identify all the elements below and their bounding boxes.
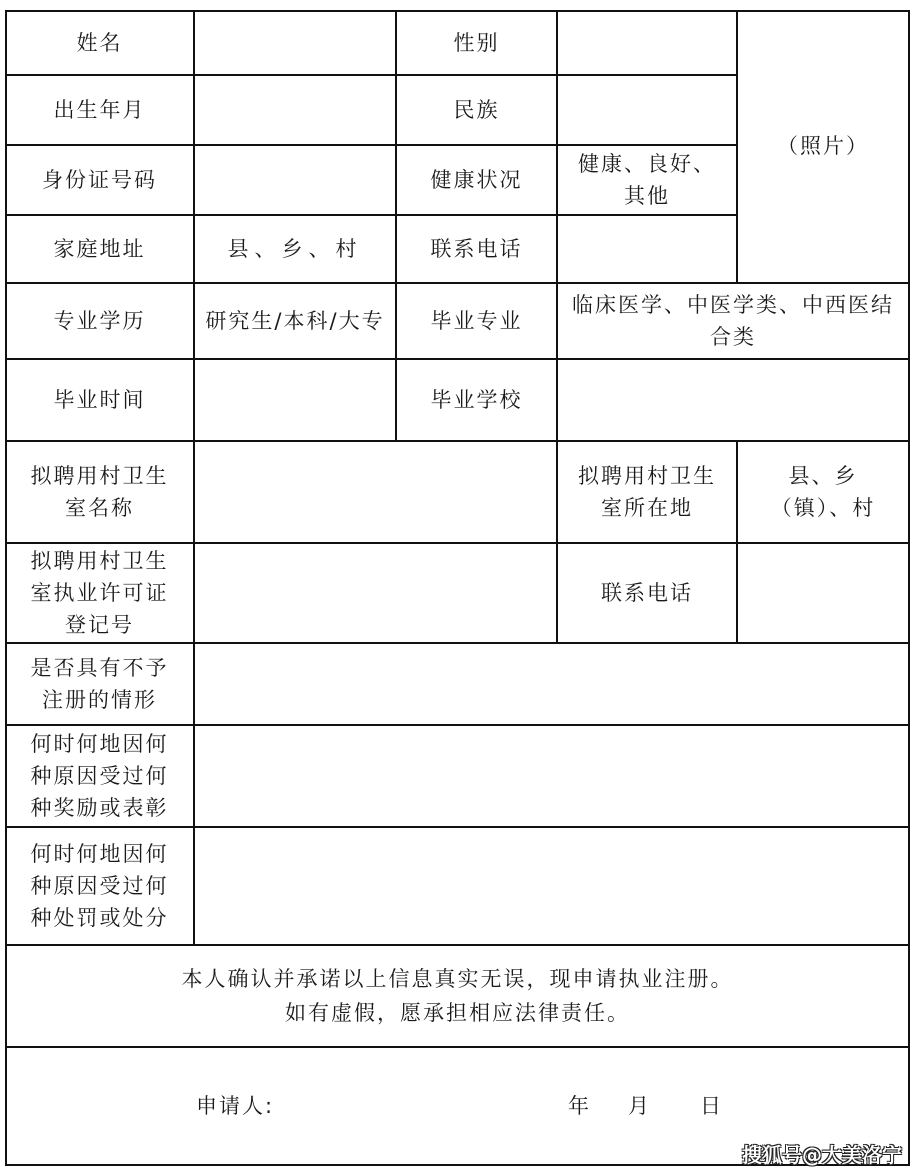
clinic-location-field[interactable]: 县、乡（镇）、村 [738,442,908,542]
clinic-location-label: 拟聘用村卫生室所在地 [557,441,737,543]
gender-field[interactable] [558,12,736,74]
penalties-field[interactable] [195,828,908,944]
disqualify-field[interactable] [195,644,908,724]
photo-label: （照片） [777,130,869,162]
photo-placeholder[interactable]: （照片） [738,12,908,282]
grad-time-label: 毕业时间 [5,359,194,441]
disqualify-label: 是否具有不予注册的情形 [5,643,194,725]
awards-label: 何时何地因何种原因受过何种奖励或表彰 [5,725,194,827]
clinic-license-label: 拟聘用村卫生室执业许可证登记号 [5,543,194,643]
pledge-statement: 本人确认并承诺以上信息真实无误，现申请执业注册。 如有虚假，愿承担相应法律责任。 [5,945,910,1047]
ethnicity-field[interactable] [558,76,736,144]
watermark: 搜狐号@大美洛宁 [742,1139,902,1168]
major-field[interactable]: 临床医学、中医学类、中西医结合类 [558,284,908,358]
health-field[interactable]: 健康、良好、其他 [558,146,736,214]
birth-field[interactable] [195,76,395,144]
address-label: 家庭地址 [5,215,194,283]
education-field[interactable]: 研究生/本科/大专 [195,284,395,358]
address-field[interactable]: 县、乡、村 [195,216,395,282]
grad-time-field[interactable] [195,360,395,440]
applicant-label: 申请人: [196,1090,274,1120]
clinic-phone-field[interactable] [738,544,908,642]
birth-label: 出生年月 [5,75,194,145]
month-label: 月 [628,1090,651,1120]
penalties-label: 何时何地因何种原因受过何种处罚或处分 [5,827,194,945]
phone-field[interactable] [558,216,736,282]
school-label: 毕业学校 [396,359,557,441]
pledge-line-1: 本人确认并承诺以上信息真实无误，现申请执业注册。 [182,962,734,996]
clinic-phone-label: 联系电话 [557,543,737,643]
id-field[interactable] [195,146,395,214]
awards-field[interactable] [195,726,908,826]
year-label: 年 [568,1090,591,1120]
clinic-name-field[interactable] [195,442,556,542]
applicant-signature-field[interactable] [280,1088,540,1122]
clinic-name-label: 拟聘用村卫生室名称 [5,441,194,543]
health-label: 健康状况 [396,145,557,215]
major-label: 毕业专业 [396,283,557,359]
name-field[interactable] [195,12,395,74]
education-label: 专业学历 [5,283,194,359]
day-label: 日 [700,1090,723,1120]
clinic-license-field[interactable] [195,544,556,642]
gender-label: 性别 [396,10,557,75]
pledge-line-2: 如有虚假，愿承担相应法律责任。 [285,996,630,1030]
school-field[interactable] [558,360,908,440]
phone-label: 联系电话 [396,215,557,283]
id-label: 身份证号码 [5,145,194,215]
name-label: 姓名 [5,10,194,75]
ethnicity-label: 民族 [396,75,557,145]
